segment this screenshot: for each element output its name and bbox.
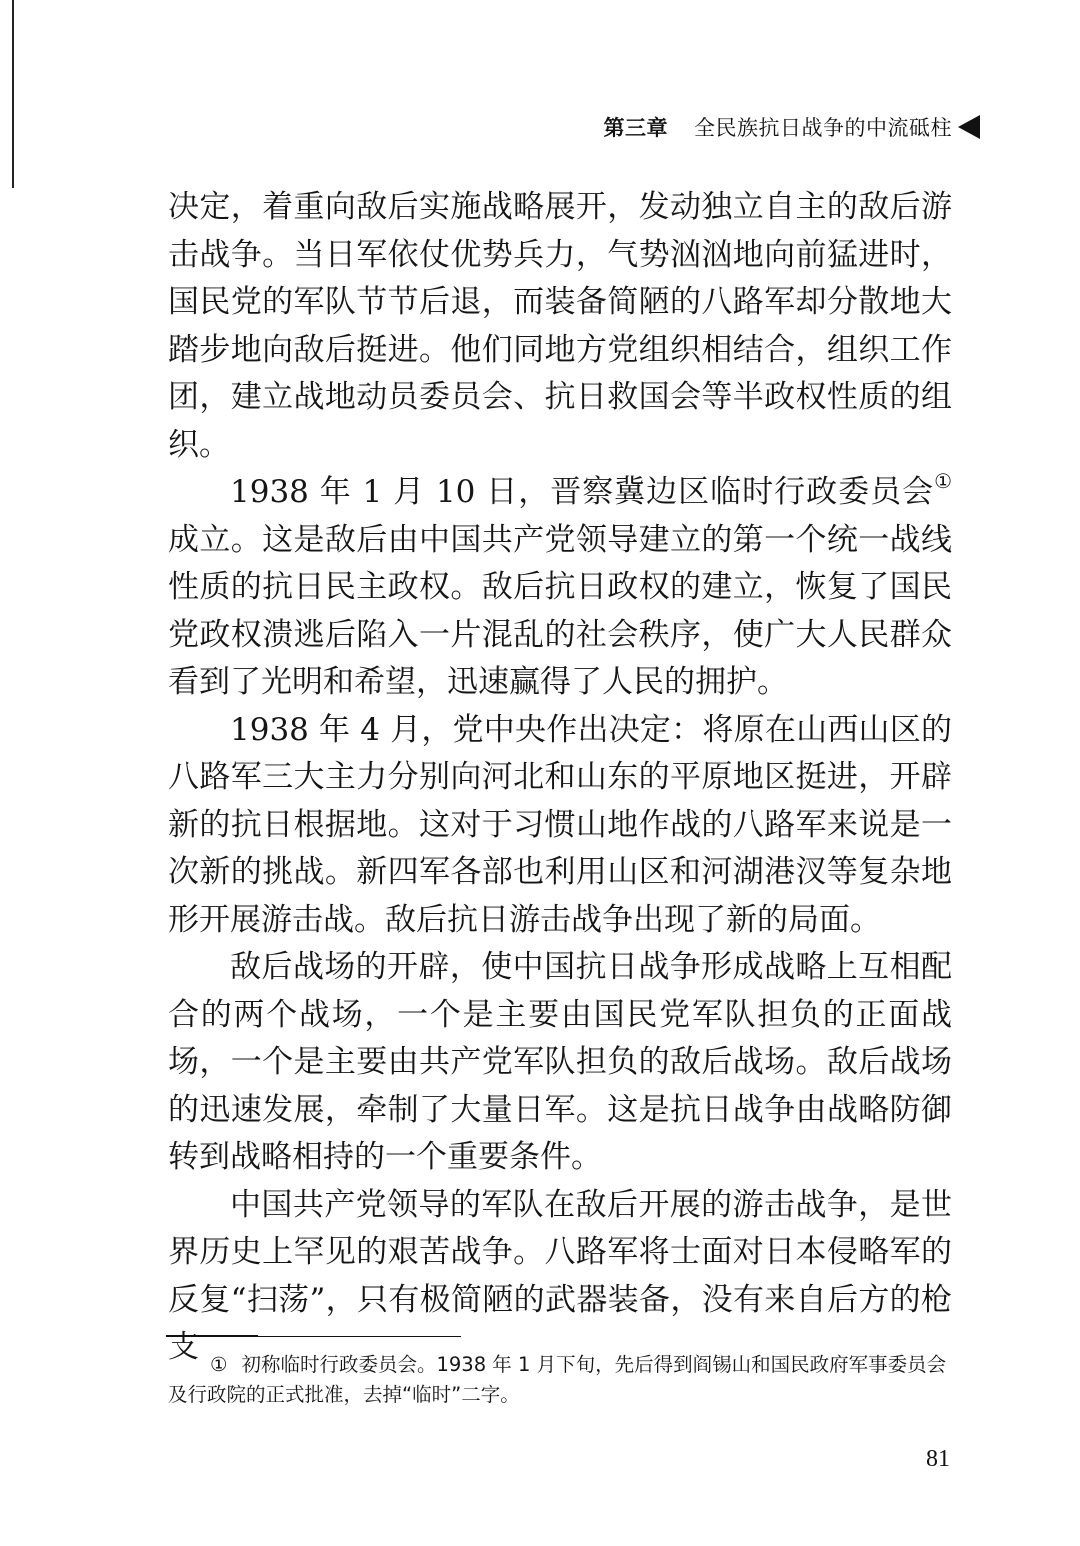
paragraph: 1938 年 1 月 10 日，晋察冀边区临时行政委员会① 成立。这是敌后由中国…: [168, 469, 952, 707]
body-text: 决定，着重向敌后实施战略展开，发动独立自主的敌后游击战争。当日军依仗优势兵力，气…: [168, 184, 952, 1372]
footnote-mark: ①: [210, 1353, 227, 1376]
paragraph: 决定，着重向敌后实施战略展开，发动独立自主的敌后游击战争。当日军依仗优势兵力，气…: [168, 184, 952, 469]
paragraph: 中国共产党领导的军队在敌后开展的游击战争，是世界历史上罕见的艰苦战争。八路军将士…: [168, 1182, 952, 1372]
page-binding-edge: [12, 0, 14, 188]
page-number: 81: [926, 1446, 950, 1473]
footnote-divider: [166, 1336, 461, 1337]
footnote: ①初称临时行政委员会。1938 年 1 月下旬，先后得到阎锡山和国民政府军事委员…: [168, 1350, 952, 1410]
running-header: 第三章 全民族抗日战争的中流砥柱: [604, 112, 981, 142]
paragraph: 敌后战场的开辟，使中国抗日战争形成战略上互相配合的两个战场，一个是主要由国民党军…: [168, 944, 952, 1182]
chapter-title: 全民族抗日战争的中流砥柱: [694, 112, 952, 142]
chapter-number: 第三章: [604, 112, 669, 142]
paragraph: 1938 年 4 月，党中央作出决定：将原在山西山区的八路军三大主力分别向河北和…: [168, 707, 952, 945]
footnote-text: 初称临时行政委员会。1938 年 1 月下旬，先后得到阎锡山和国民政府军事委员会…: [168, 1353, 946, 1406]
left-triangle-icon: [958, 115, 980, 139]
paragraph-text: 1938 年 1 月 10 日，晋察冀边区临时行政委员会: [230, 474, 934, 510]
paragraph-text: 成立。这是敌后由中国共产党领导建立的第一个统一战线性质的抗日民主政权。敌后抗日政…: [168, 522, 952, 701]
footnote-reference[interactable]: ①: [934, 469, 952, 493]
